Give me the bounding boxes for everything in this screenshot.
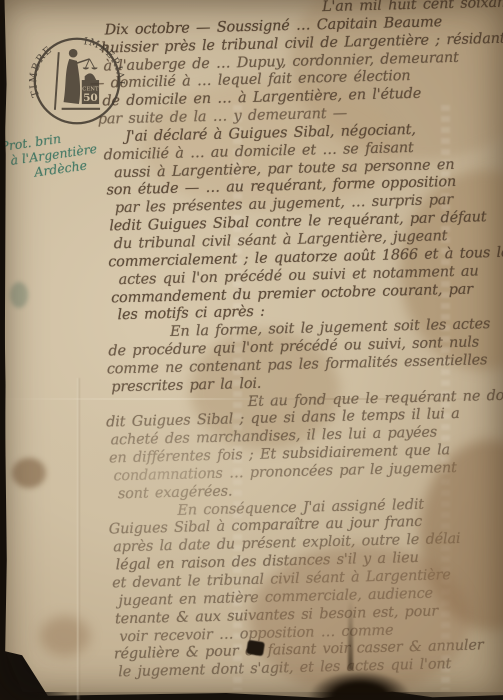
- document-photo: L'an mil huit cent soixante six ThDix oc…: [0, 0, 503, 700]
- stamp-ring-text: TIMBRE: [29, 44, 55, 98]
- timbre-imperial-stamp: TIMBRE IMPERIAL CENT 50: [29, 33, 125, 129]
- stamp-word-timbre: TIMBRE: [29, 44, 55, 98]
- stamp-value: 50: [83, 92, 98, 104]
- ink-blot: [246, 640, 265, 656]
